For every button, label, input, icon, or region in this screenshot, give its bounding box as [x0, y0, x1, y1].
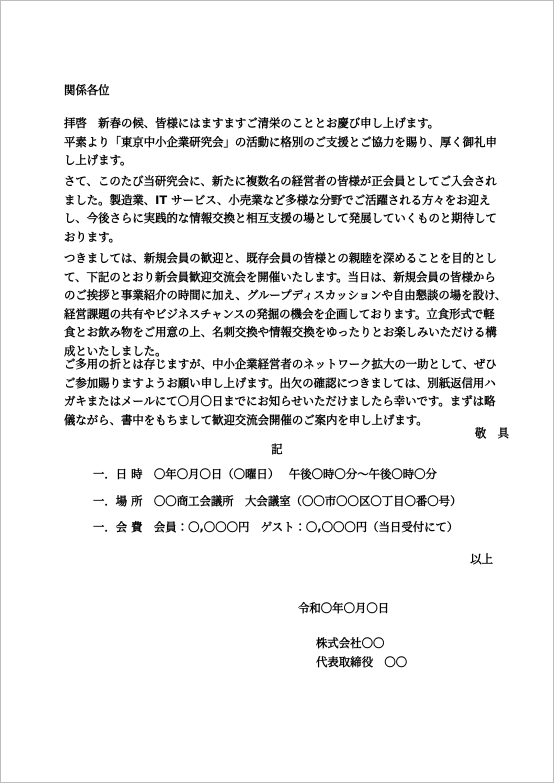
detail-datetime: 一．日 時 〇年〇月〇日（〇曜日） 午後〇時〇分～午後〇時〇分 — [93, 465, 461, 484]
letter-date: 令和〇年〇月〇日 — [298, 599, 389, 618]
end-of-notice-mark: 以上 — [470, 550, 493, 569]
business-letter-page: 関係各位 拝啓 新春の候、皆様にはますますご清栄のこととお慶び申し上げます。 平… — [0, 0, 554, 783]
detail-fee: 一．会 費 会員：〇,〇〇〇円 ゲスト：〇,〇〇〇円（当日受付にて） — [93, 518, 461, 537]
rsvp-request-paragraph: ご多用の折とは存じますが、中小企業経営者のネットワーク拡大の一助として、ぜひ ご… — [64, 355, 524, 429]
recipient-line: 関係各位 — [64, 81, 110, 100]
event-description-paragraph: つきましては、新規会員の歓迎と、既存会員の皆様との親睦を深めることを目的とし て… — [64, 249, 524, 360]
event-details-list: 一．日 時 〇年〇月〇日（〇曜日） 午後〇時〇分～午後〇時〇分 一．場 所 〇〇… — [93, 465, 461, 545]
opening-greeting-paragraph: 拝啓 新春の候、皆様にはますますご清栄のこととお慶び申し上げます。 平素より「東… — [64, 114, 524, 170]
record-heading: 記 — [1, 440, 553, 459]
new-members-announcement-paragraph: さて、このたび当研究会に、新たに複数名の経営者の皆様が正会員としてご入会され ま… — [64, 172, 524, 246]
sender-signature-block: 株式会社〇〇 代表取締役 〇〇 — [316, 634, 407, 671]
detail-place: 一．場 所 〇〇商工会議所 大会議室（〇〇市〇〇区〇丁目〇番〇号） — [93, 492, 461, 511]
